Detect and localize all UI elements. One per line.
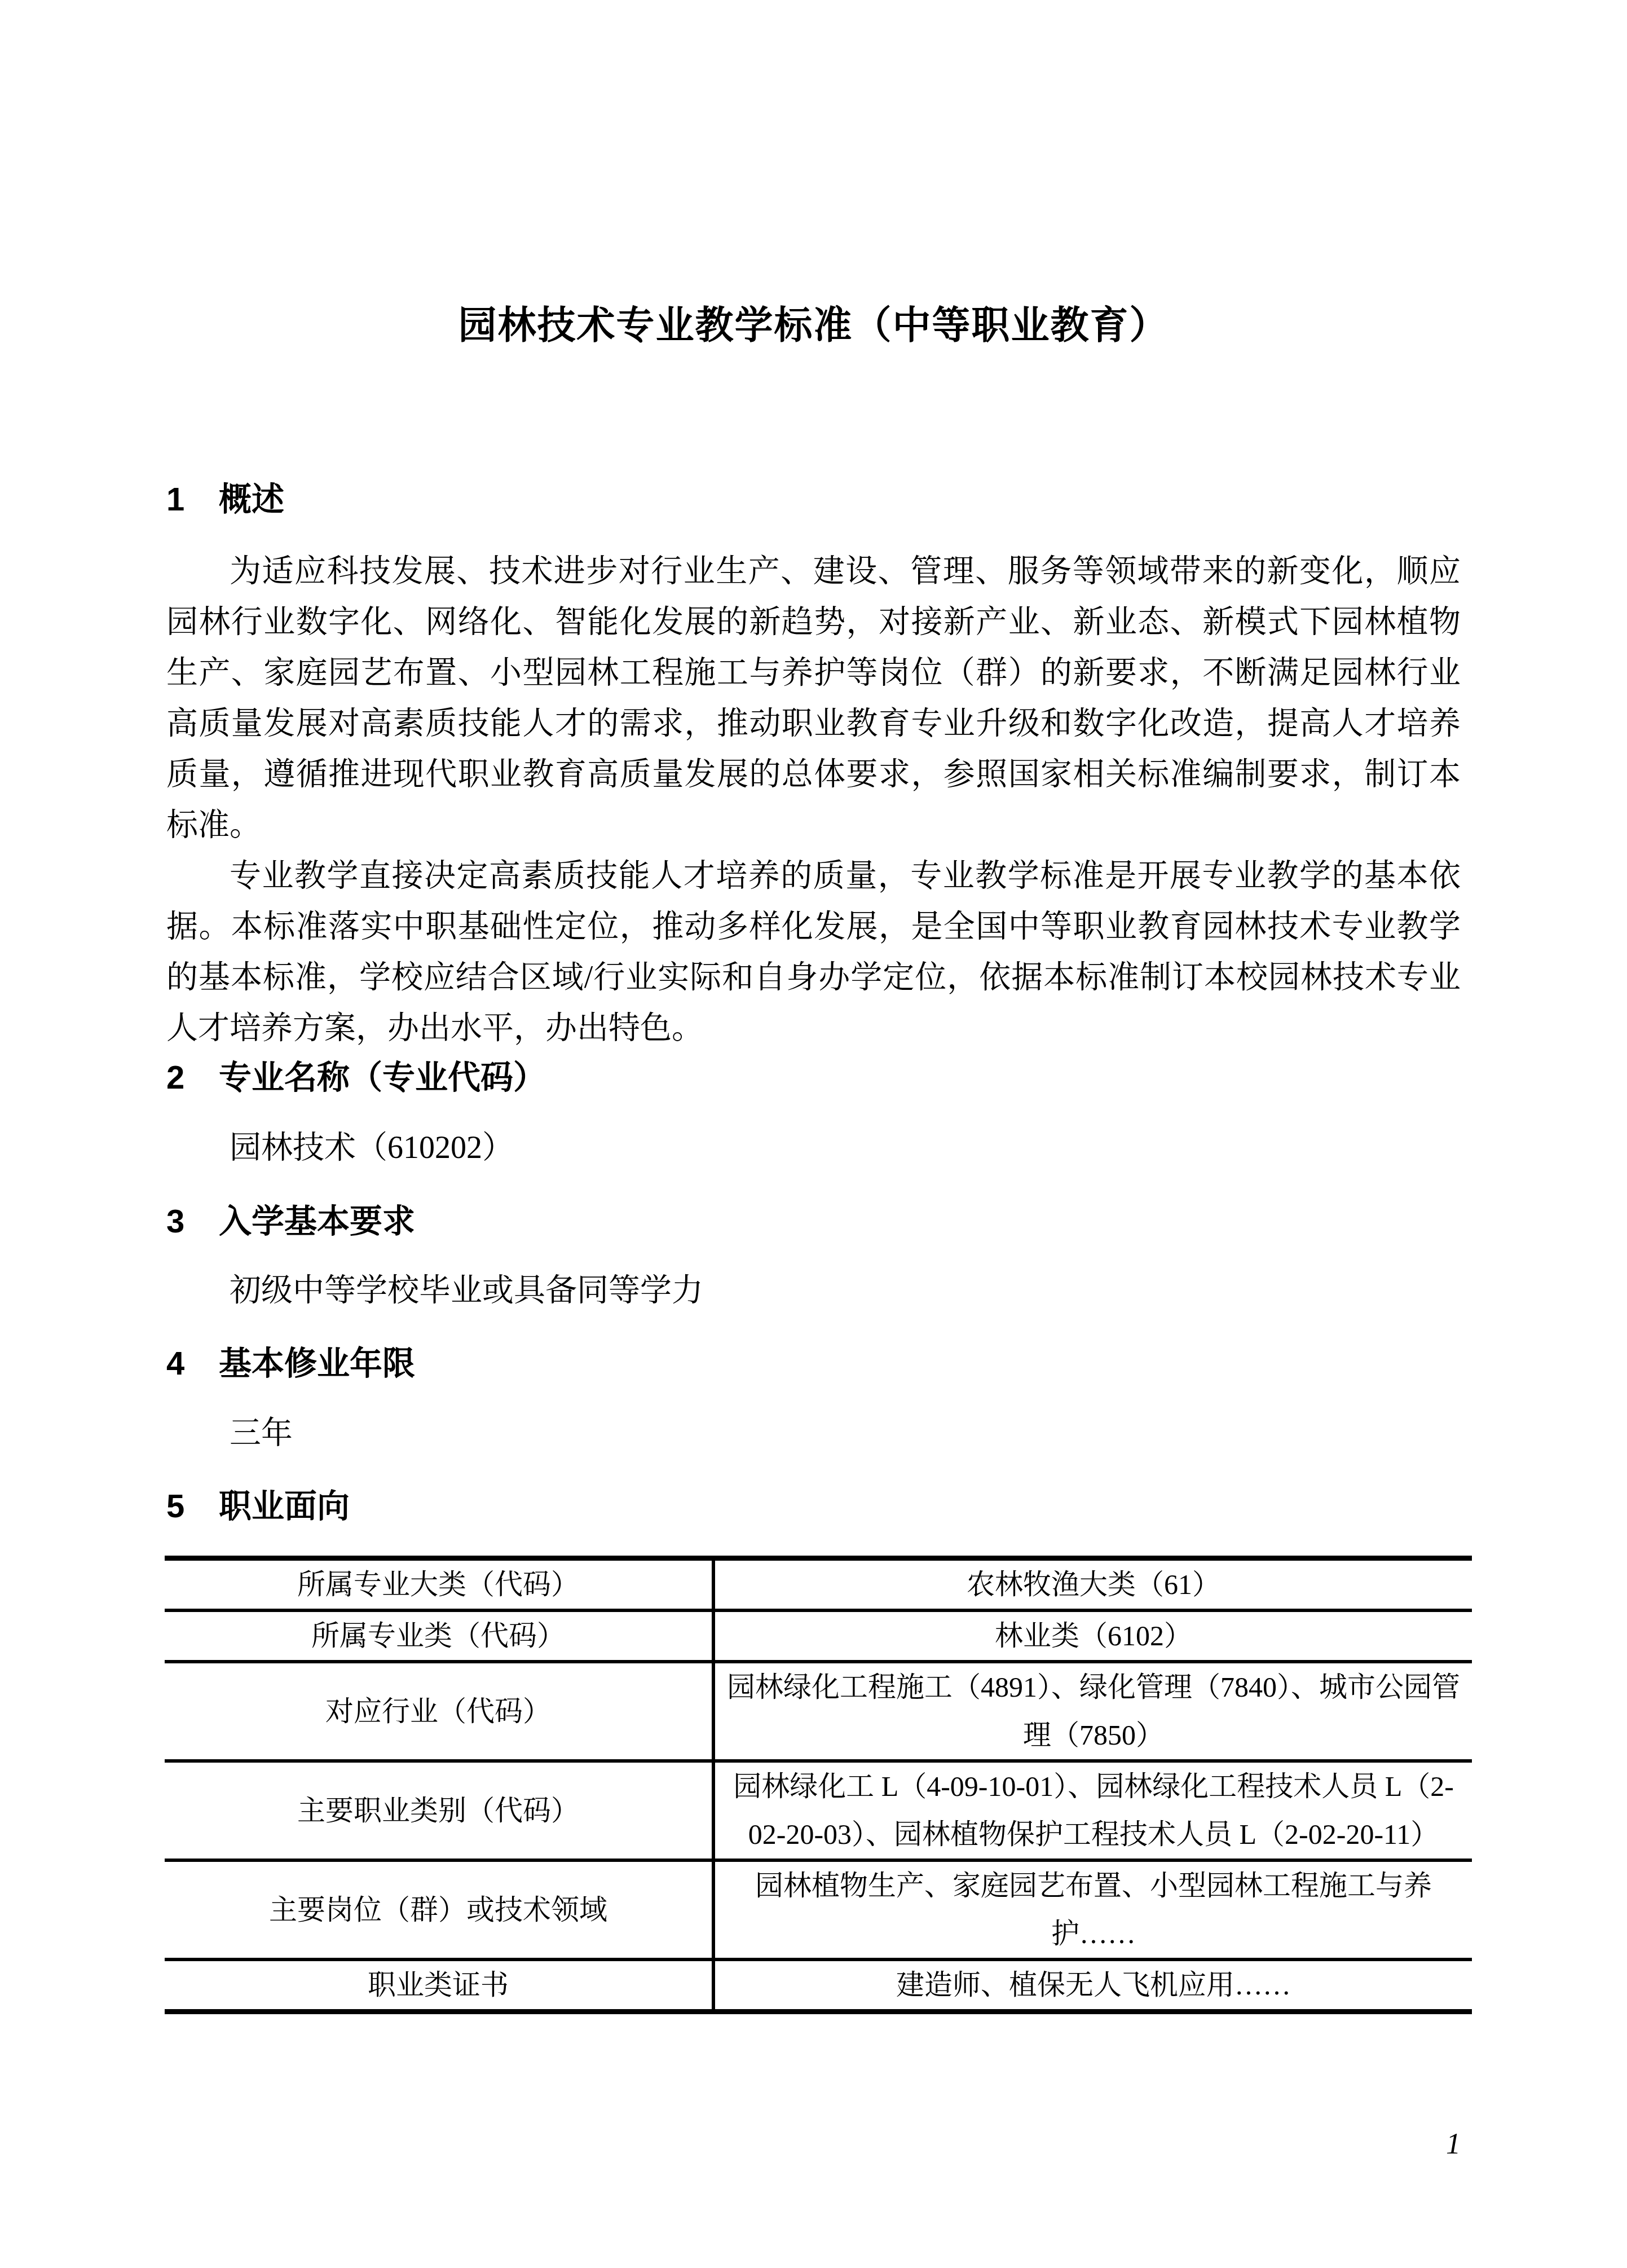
table-row-label: 对应行业（代码） (165, 1662, 713, 1761)
section-3-heading: 3 入学基本要求 (166, 1204, 1461, 1239)
table-row: 所属专业类（代码） 林业类（6102） (165, 1610, 1472, 1662)
section-2-body: 园林技术（610202） (166, 1122, 1461, 1173)
career-orientation-table: 所属专业大类（代码） 农林牧渔大类（61） 所属专业类（代码） 林业类（6102… (165, 1556, 1472, 2014)
section-1-paragraph-2: 专业教学直接决定高素质技能人才培养的质量，专业教学标准是开展专业教学的基本依据。… (166, 851, 1461, 1054)
section-1-heading: 1 概述 (166, 482, 1461, 517)
section-5-title: 职业面向 (219, 1489, 350, 1523)
section-1-paragraph-1: 为适应科技发展、技术进步对行业生产、建设、管理、服务等领域带来的新变化，顺应园林… (166, 546, 1461, 851)
page-number: 1 (166, 2130, 1461, 2159)
document-page: 园林技术专业教学标准（中等职业教育） 1 概述 为适应科技发展、技术进步对行业生… (0, 0, 1627, 2268)
table-row: 职业类证书 建造师、植保无人飞机应用…… (165, 1959, 1472, 2012)
section-4-number: 4 (166, 1346, 219, 1381)
section-4-body: 三年 (166, 1408, 1461, 1459)
table-row-label: 职业类证书 (165, 1959, 713, 2012)
section-2-heading: 2 专业名称（专业代码） (166, 1060, 1461, 1095)
table-row-label: 主要职业类别（代码） (165, 1761, 713, 1860)
section-5-heading: 5 职业面向 (166, 1489, 1461, 1523)
section-1-title: 概述 (219, 482, 284, 517)
table-row: 主要职业类别（代码） 园林绿化工 L（4-09-10-01）、园林绿化工程技术人… (165, 1761, 1472, 1860)
section-5-number: 5 (166, 1489, 219, 1523)
section-2-title: 专业名称（专业代码） (219, 1060, 546, 1095)
section-2-number: 2 (166, 1060, 219, 1095)
table-row: 主要岗位（群）或技术领域 园林植物生产、家庭园艺布置、小型园林工程施工与养护…… (165, 1860, 1472, 1959)
table-row: 所属专业大类（代码） 农林牧渔大类（61） (165, 1558, 1472, 1611)
table-row-value: 林业类（6102） (713, 1610, 1472, 1662)
table-row-label: 所属专业类（代码） (165, 1610, 713, 1662)
section-4-heading: 4 基本修业年限 (166, 1346, 1461, 1381)
document-title: 园林技术专业教学标准（中等职业教育） (166, 306, 1461, 345)
section-4-title: 基本修业年限 (219, 1346, 415, 1381)
table-row: 对应行业（代码） 园林绿化工程施工（4891）、绿化管理（7840）、城市公园管… (165, 1662, 1472, 1761)
section-1-number: 1 (166, 482, 219, 517)
section-3-number: 3 (166, 1204, 219, 1239)
table-row-value: 园林植物生产、家庭园艺布置、小型园林工程施工与养护…… (713, 1860, 1472, 1959)
section-3-body: 初级中等学校毕业或具备同等学力 (166, 1265, 1461, 1316)
table-row-label: 主要岗位（群）或技术领域 (165, 1860, 713, 1959)
table-row-value: 建造师、植保无人飞机应用…… (713, 1959, 1472, 2012)
table-row-label: 所属专业大类（代码） (165, 1558, 713, 1611)
table-row-value: 园林绿化工 L（4-09-10-01）、园林绿化工程技术人员 L（2-02-20… (713, 1761, 1472, 1860)
table-row-value: 农林牧渔大类（61） (713, 1558, 1472, 1611)
table-row-value: 园林绿化工程施工（4891）、绿化管理（7840）、城市公园管理（7850） (713, 1662, 1472, 1761)
section-3-title: 入学基本要求 (219, 1204, 415, 1239)
